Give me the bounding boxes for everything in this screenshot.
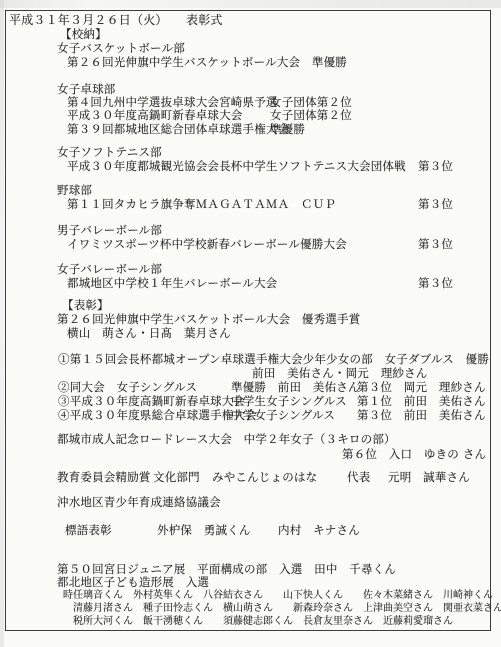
tabletennis-event-2: 平成３０年度高鍋町新春卓球大会 xyxy=(67,109,243,122)
tt-award-4-mid: 中学女子シングルス xyxy=(231,409,335,422)
education-award: 教育委員会精励賞 xyxy=(57,471,151,484)
tabletennis-result-2: 女子団体第２位 xyxy=(270,109,352,122)
tt-award-2-right: 第３位 岡元 理紗さん xyxy=(357,381,486,394)
club-girls-volleyball: 女子バレーボール部 xyxy=(57,263,162,276)
girls-volleyball-result: 第３位 xyxy=(418,277,453,290)
education-category: 文化部門 xyxy=(153,471,200,484)
club-boys-volleyball: 男子バレーボール部 xyxy=(57,224,162,237)
basketball-event: 第２６回光伸旗中学生バスケットボール大会 準優勝 xyxy=(67,56,347,69)
art-winner-names-row-1: 時任璃音くん 外村英隼くん 八谷結衣さん 山下快人くん 佐々木菜緒さん 川崎神く… xyxy=(63,589,493,602)
tt-award-2-event: ②同大会 女子シングルス xyxy=(58,381,197,394)
roadrace-event: 都城市成人記念ロードレース大会 中学２年女子（３キロの部） xyxy=(57,433,396,446)
education-rep-name: 元明 誠華さん xyxy=(388,471,470,484)
basketball-award-names: 横山 萌さん・日髙 葉月さん xyxy=(67,327,231,340)
scanned-award-ceremony-document: 平成３１年３月２６日（火） 表彰式 【校納】 女子バスケットボール部 第２６回光… xyxy=(0,0,501,647)
konou-section-label: 【校納】 xyxy=(60,28,107,41)
tt-award-1-names: 前田 美佑さん・岡元 理紗さん xyxy=(252,367,428,380)
art-winner-names-row-3: 税所大河くん 飯干湧穂くん 須藤健志郎くん 長倉友里奈さん 近藤莉愛瑠さん xyxy=(73,615,453,628)
okimizu-organization: 沖水地区青少年育成連絡協議会 xyxy=(57,496,221,509)
tabletennis-result-3: 準優勝 xyxy=(270,123,305,136)
tt-award-3-event: ③平成３０年度高鍋町新春卓球大会 xyxy=(58,395,245,408)
boys-volleyball-result: 第３位 xyxy=(418,238,453,251)
softtennis-event: 平成３０年度都城観光協会会長杯中学生ソフトテニス大会団体戦 xyxy=(67,160,406,173)
date-title: 平成３１年３月２６日（火） 表彰式 xyxy=(9,14,223,27)
tt-award-4-right: 第３位 前田 美佑さん xyxy=(357,409,486,422)
tohoku-art-exhibition: 都北地区子ども造形展 入選 xyxy=(57,576,209,589)
girls-volleyball-event: 都城地区中学校１年生バレーボール大会 xyxy=(67,277,277,290)
club-girls-softtennis: 女子ソフトテニス部 xyxy=(57,146,162,159)
club-girls-basketball: 女子バスケットボール部 xyxy=(57,42,185,55)
tt-award-2-mid: 準優勝 前田 美佑さん xyxy=(231,381,360,394)
tt-award-4-event: ④平成３０年度県総合卓球選手権大会 xyxy=(58,409,257,422)
club-baseball: 野球部 xyxy=(57,184,92,197)
slogan-award-name-2: 内村 キナさん xyxy=(278,524,360,537)
education-rep-label: 代表 xyxy=(347,471,370,484)
tt-award-3-mid: 中学生女子シングルス xyxy=(231,395,347,408)
slogan-award-label: 標語表彰 xyxy=(65,524,112,537)
softtennis-result: 第３位 xyxy=(418,160,453,173)
basketball-award-title: 第２６回光伸旗中学生バスケットボール大会 優秀選手賞 xyxy=(57,313,360,326)
boys-volleyball-event: イワミツスポーツ杯中学校新春バレーボール優勝大会 xyxy=(67,238,347,251)
roadrace-result: 第６位 入口 ゆきの さん xyxy=(342,448,486,461)
slogan-award-name-1: 外枦保 勇誠くん xyxy=(157,524,251,537)
tt-award-1-event: ①第１５回会長杯都城オープン卓球選手権大会少年少女の部 女子ダブルス 優勝 xyxy=(58,353,489,366)
tt-award-3-right: 第１位 前田 美佑さん xyxy=(357,395,486,408)
hyosho-section-label: 【表彰】 xyxy=(62,299,109,312)
tabletennis-event-3: 第３９回都城地区総合団体卓球選手権大会 xyxy=(67,123,289,136)
baseball-result: 第３位 xyxy=(418,198,453,211)
baseball-event: 第１１回タカヒラ旗争奪ＭＡＧＡＴＡＭＡ ＣＵＰ xyxy=(67,198,336,211)
art-winner-names-row-2: 清藤月渚さん 種子田怜志くん 横山萌さん 新森玲奈さん 上津曲美空さん 関亜衣菜… xyxy=(73,602,501,615)
education-group: みやこんじょのはな xyxy=(212,471,317,484)
